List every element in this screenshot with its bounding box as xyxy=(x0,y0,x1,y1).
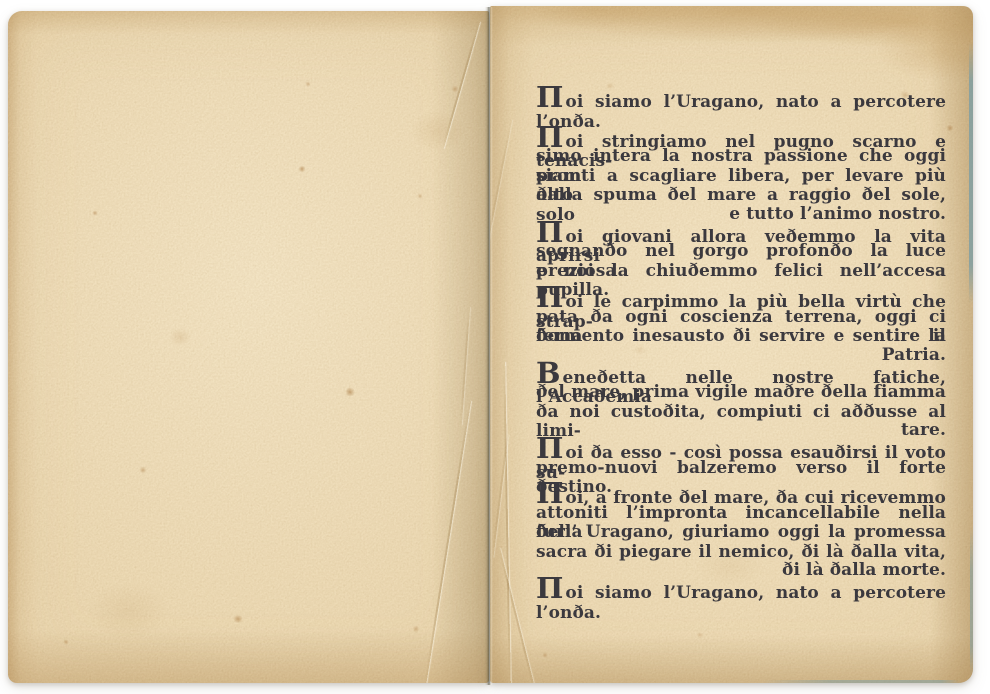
paragraph: Πoi le carpimmo la più bella virtù che s… xyxy=(536,288,946,364)
text-line: tare. xyxy=(536,422,946,439)
line-text: Patria. xyxy=(882,345,946,365)
crease-line xyxy=(491,434,508,557)
text-line: Πoi siamo l’Uragano, nato a percotere l’… xyxy=(536,579,946,599)
text-line: Πoi ða esso - così possa esauðirsi il vo… xyxy=(536,439,946,459)
line-text: sacra ði piegare il nemico, ði là ðalla … xyxy=(536,542,946,562)
text-line: premo-nuovi balzeremo verso il forte ðes… xyxy=(536,459,946,479)
paragraph: Πoi ða esso - così possa esauðirsi il vo… xyxy=(536,439,946,478)
left-page xyxy=(8,11,489,683)
page-edge-blue-sliver xyxy=(761,680,961,683)
paragraph: Πoi siamo l’Uragano, nato a percotere l’… xyxy=(536,579,946,599)
paragraph: Πoi giovani allora veðemmo la vita aprir… xyxy=(536,223,946,282)
page-edge-blue-sliver xyxy=(970,526,973,676)
line-text: ði là ðalla morte. xyxy=(782,560,946,580)
paragraph: Πoi siamo l’Uragano, nato a percotere l’… xyxy=(536,88,946,108)
paper-grain-left xyxy=(8,11,489,683)
text-line: ðel mare, prima vigile maðre ðella fiamm… xyxy=(536,383,946,403)
text-line: ði là ðalla morte. xyxy=(536,562,946,579)
initial-capital: Π xyxy=(536,571,563,605)
crease-line xyxy=(423,401,471,683)
text-line: Πoi stringiamo nel pugno scarno e tenaci… xyxy=(536,128,946,148)
text-block: Πoi siamo l’Uragano, nato a percotere l’… xyxy=(536,88,946,599)
text-line: pronti a scagliare libera, per levare pi… xyxy=(536,167,946,187)
paragraph: Πoi stringiamo nel pugno scarno e tenaci… xyxy=(536,128,946,223)
booklet-scan: Πoi siamo l’Uragano, nato a percotere l’… xyxy=(0,0,990,694)
text-line: Πoi siamo l’Uragano, nato a percotere l’… xyxy=(536,88,946,108)
text-line: pata ða ogni coscienza terrena, oggi ci … xyxy=(536,308,946,328)
crease-line xyxy=(503,362,511,683)
paragraph: Beneðetta nelle nostre fatiche, l’Accaðe… xyxy=(536,364,946,440)
text-line: simo intera la nostra passione che oggi … xyxy=(536,147,946,167)
text-line: attoniti l’impronta incancellabile nella… xyxy=(536,504,946,524)
text-line: Πoi le carpimmo la più bella virtù che s… xyxy=(536,288,946,308)
line-text: fermento inesausto ði servire e sentire … xyxy=(536,326,946,346)
line-text: ðell’ Uragano, giuriamo oggi la promessa xyxy=(536,522,946,542)
crease-line xyxy=(460,307,470,425)
right-page: Πoi siamo l’Uragano, nato a percotere l’… xyxy=(490,6,973,683)
initial-capital: Π xyxy=(536,80,563,114)
line-text: tare. xyxy=(901,420,946,440)
text-line: e noi la chiuðemmo felici nell’accesa pu… xyxy=(536,262,946,282)
paragraph: Πoi, a fronte ðel mare, ða cui ricevemmo… xyxy=(536,484,946,579)
crease-line xyxy=(490,119,512,267)
crease-line xyxy=(498,548,536,683)
foxing-stains-left xyxy=(8,11,489,683)
text-line: Πoi, a fronte ðel mare, ða cui ricevemmo xyxy=(536,484,946,504)
line-text: ðel mare, prima vigile maðre ðella fiamm… xyxy=(536,382,946,402)
text-line: ðell’ Uragano, giuriamo oggi la promessa xyxy=(536,523,946,543)
line-text: oi siamo l’Uragano, nato a percotere l’o… xyxy=(536,92,946,132)
text-line: Beneðetta nelle nostre fatiche, l’Accaðe… xyxy=(536,364,946,384)
text-line: e tutto l’animo nostro. xyxy=(536,206,946,223)
text-line: ða noi custoðita, compiuti ci aððusse al… xyxy=(536,403,946,423)
crease-line xyxy=(442,21,480,148)
line-text: e tutto l’animo nostro. xyxy=(729,204,946,224)
line-text: oi siamo l’Uragano, nato a percotere l’o… xyxy=(536,583,946,623)
text-line: Patria. xyxy=(536,347,946,364)
text-line: Πoi giovani allora veðemmo la vita aprir… xyxy=(536,223,946,243)
text-line: segnanðo nel gorgo profonðo la luce prez… xyxy=(536,242,946,262)
page-edge-blue-sliver xyxy=(969,42,973,304)
